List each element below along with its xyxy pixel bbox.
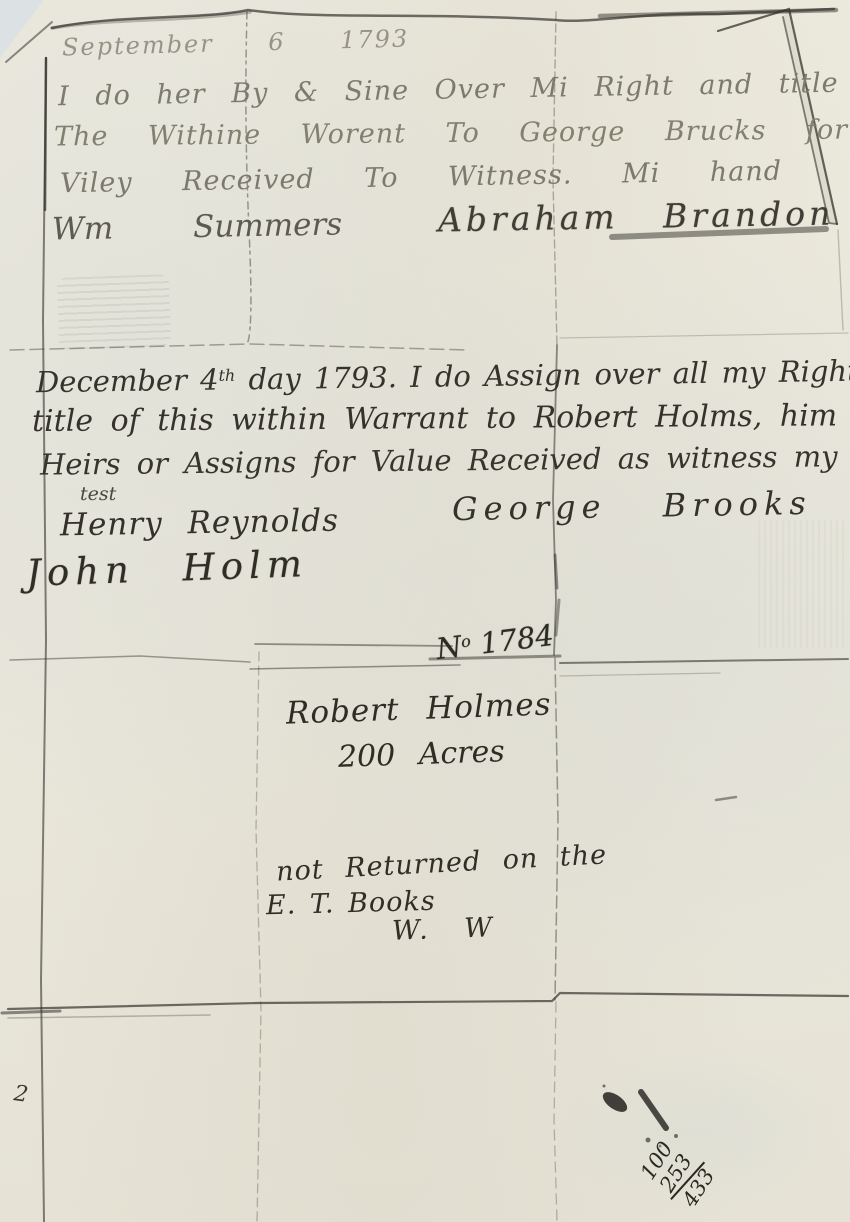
signature-george-brooks: George Brooks xyxy=(452,485,812,528)
signature-henry-reynolds: Henry Reynolds xyxy=(60,504,340,545)
attest-label: test xyxy=(80,484,116,506)
docket-acreage: 200 Acres xyxy=(337,735,505,775)
signature-abraham-brandon: Abraham Brandon xyxy=(438,195,835,240)
scanned-document: { "colors": { "paper": "#ebe8dc", "ink_d… xyxy=(0,0,850,1222)
signature-wm-summers: Wm Summers xyxy=(52,207,343,248)
assignment-line-1-date: December 4 xyxy=(36,363,219,400)
docket-initials: W. W xyxy=(391,912,496,947)
assignment-line-2: title of this within Warrant to Robert H… xyxy=(32,399,850,440)
ordinal-superscript: th xyxy=(218,366,235,385)
